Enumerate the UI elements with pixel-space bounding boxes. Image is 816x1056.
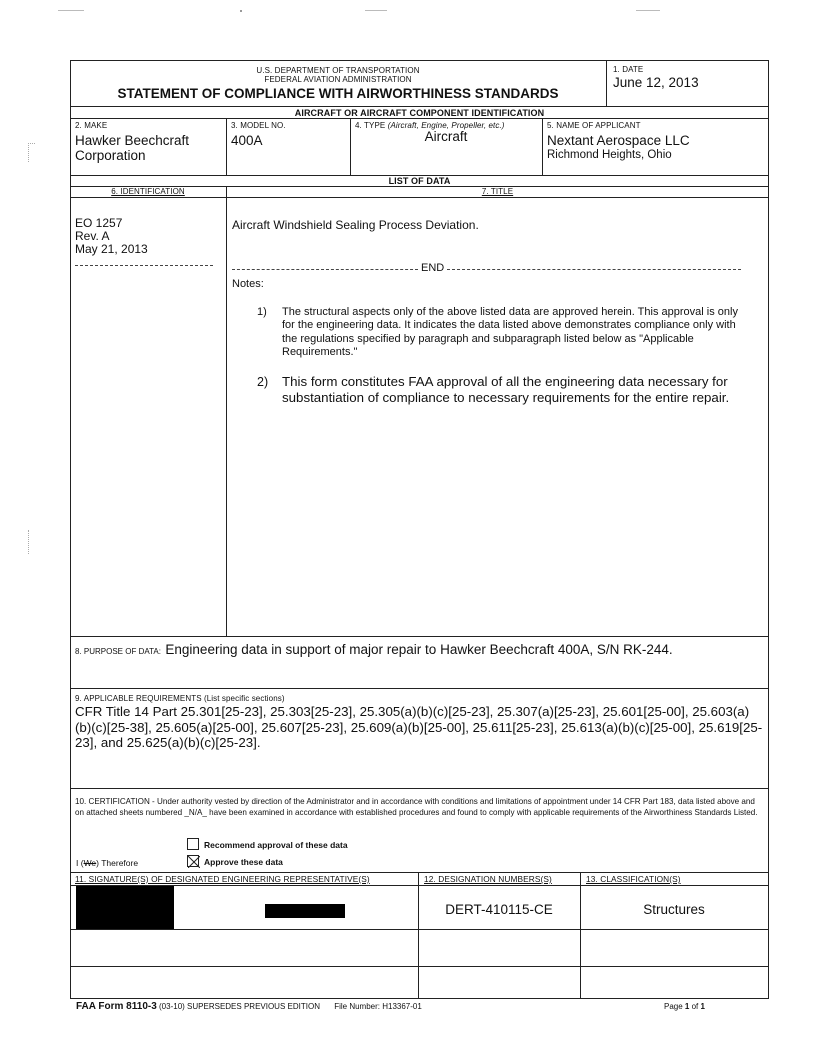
date-label: 1. DATE — [613, 65, 643, 74]
applicant-label: 5. NAME OF APPLICANT — [547, 121, 641, 130]
notes-label: Notes: — [232, 278, 264, 290]
date-value: June 12, 2013 — [613, 75, 699, 90]
classification-header: 13. CLASSIFICATION(S) — [586, 874, 681, 884]
approve-data-label: Approve these data — [204, 857, 283, 867]
requirements-label-text: 9. APPLICABLE REQUIREMENTS — [75, 694, 202, 703]
data-item-identification: EO 1257 Rev. A May 21, 2013 — [75, 217, 148, 256]
end-dashes — [75, 265, 213, 266]
make-label: 2. MAKE — [75, 121, 107, 130]
divider — [70, 118, 769, 119]
page-of: of — [689, 1002, 700, 1011]
scan-artifact — [240, 10, 242, 12]
list-of-data-title: LIST OF DATA — [70, 176, 769, 186]
end-dashes — [447, 269, 741, 270]
note-text: This form constitutes FAA approval of al… — [282, 374, 752, 405]
page-total: 1 — [700, 1002, 704, 1011]
divider — [70, 636, 769, 637]
recommend-approval-checkbox[interactable] — [187, 838, 199, 850]
identification-column-header: 6. IDENTIFICATION — [70, 187, 226, 196]
certification-body-end: have been examined in accordance with es… — [207, 808, 758, 817]
divider — [226, 118, 227, 175]
divider — [350, 118, 351, 175]
scan-artifact — [58, 10, 84, 11]
applicant-location: Richmond Heights, Ohio — [547, 149, 672, 161]
divider — [226, 186, 227, 636]
identification-date: May 21, 2013 — [75, 243, 148, 256]
classification-value: Structures — [580, 902, 768, 917]
divider — [542, 118, 543, 175]
divider — [70, 688, 769, 689]
purpose-label: 8. PURPOSE OF DATA: — [75, 647, 161, 656]
form-frame — [70, 60, 769, 999]
note-text: The structural aspects only of the above… — [282, 306, 752, 359]
department-name: U.S. DEPARTMENT OF TRANSPORTATION — [226, 66, 450, 75]
scan-artifact — [365, 10, 387, 11]
recommend-approval-label: Recommend approval of these data — [204, 840, 348, 850]
type-value: Aircraft — [350, 129, 542, 144]
divider — [70, 966, 769, 967]
approve-data-checkbox[interactable] — [187, 855, 199, 867]
model-label: 3. MODEL NO. — [231, 121, 286, 130]
note-number: 1) — [257, 306, 267, 318]
model-value: 400A — [231, 133, 263, 148]
divider — [70, 885, 769, 886]
divider — [418, 872, 419, 999]
form-name: FAA Form 8110-3 — [76, 1001, 157, 1012]
therefore-prefix: I ( — [76, 858, 84, 868]
requirements-label-hint: (List specific sections) — [204, 694, 285, 703]
form-footer: FAA Form 8110-3 (03-10) SUPERSEDES PREVI… — [76, 1001, 422, 1012]
divider — [70, 872, 769, 873]
page-indicator: Page 1 of 1 — [664, 1002, 705, 1011]
applicant-name: Nextant Aerospace LLC — [547, 133, 690, 148]
therefore-suffix: ) Therefore — [96, 858, 138, 868]
requirements-label: 9. APPLICABLE REQUIREMENTS (List specifi… — [75, 694, 285, 703]
make-value-line1: Hawker Beechcraft — [75, 133, 189, 148]
therefore-struck: We — [84, 858, 97, 868]
form-title: STATEMENT OF COMPLIANCE WITH AIRWORTHINE… — [70, 86, 606, 101]
redacted-signature — [76, 886, 174, 929]
signature-header: 11. SIGNATURE(S) OF DESIGNATED ENGINEERI… — [75, 874, 370, 884]
note-number: 2) — [257, 375, 268, 389]
supersedes-note: SUPERSEDES PREVIOUS EDITION — [187, 1002, 320, 1011]
therefore-text: I (We) Therefore — [76, 858, 138, 868]
divider — [70, 788, 769, 789]
page-prefix: Page — [664, 1002, 685, 1011]
divider — [580, 872, 581, 999]
requirements-value: CFR Title 14 Part 25.301[25-23], 25.303[… — [75, 704, 765, 751]
redacted-name — [265, 904, 345, 918]
end-dashes — [232, 269, 418, 270]
make-value-line2: Corporation — [75, 148, 146, 163]
purpose-of-data: 8. PURPOSE OF DATA: Engineering data in … — [75, 641, 673, 659]
designation-number: DERT-410115-CE — [418, 902, 580, 917]
form-revision: (03-10) — [159, 1002, 185, 1011]
file-number: File Number: H13367-01 — [334, 1002, 422, 1011]
certification-label: 10. CERTIFICATION — [75, 797, 150, 806]
data-item-title: Aircraft Windshield Sealing Process Devi… — [232, 218, 479, 232]
divider — [70, 197, 769, 198]
checkbox-x-icon — [188, 856, 200, 868]
scan-artifact — [28, 530, 34, 554]
administration-name: FEDERAL AVIATION ADMINISTRATION — [226, 75, 450, 84]
certification-text: 10. CERTIFICATION - Under authority vest… — [75, 797, 765, 818]
divider — [70, 929, 769, 930]
scan-artifact — [28, 143, 35, 162]
divider — [606, 60, 607, 106]
designation-header: 12. DESIGNATION NUMBERS(S) — [424, 874, 552, 884]
scan-artifact — [636, 10, 660, 11]
identification-band-title: AIRCRAFT OR AIRCRAFT COMPONENT IDENTIFIC… — [70, 108, 769, 118]
divider — [70, 106, 769, 107]
sheets-numbered: _N/A_ — [184, 808, 207, 817]
title-column-header: 7. TITLE — [226, 187, 769, 196]
purpose-value: Engineering data in support of major rep… — [165, 642, 672, 657]
end-marker: END — [421, 262, 444, 274]
